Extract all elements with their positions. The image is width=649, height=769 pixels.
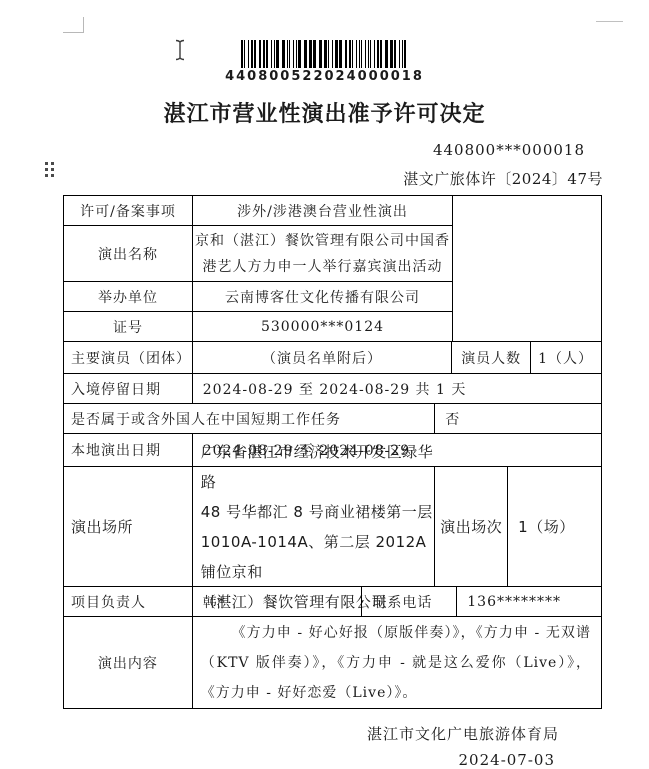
foreigner-question-value: 否	[435, 404, 602, 434]
barcode-number: 440800522024000018	[0, 69, 649, 84]
project-manager-label: 项目负责人	[64, 587, 193, 617]
content-value: 《方力申 - 好心好报（原版伴奏）》，《方力申 - 无双谱（KTV 版伴奏）》，…	[193, 617, 602, 709]
main-performers-value: （演员名单附后）	[193, 342, 453, 374]
foreigner-question-label: 是否属于或含外国人在中国短期工作任务	[64, 404, 435, 434]
sessions-label: 演出场次	[435, 467, 508, 587]
row-performance-name: 演出名称 京和（湛江）餐饮管理有限公司中国香 港艺人方力申一人举行嘉宾演出活动	[64, 226, 453, 282]
row-cert-no: 证号 530000***0124	[64, 312, 453, 342]
row-venue: 演出场所 广东省湛江市经济技术开发区绿华路 48 号华都汇 8 号商业裙楼第一层…	[64, 467, 602, 587]
text-cursor-icon	[174, 39, 186, 61]
issuer: 湛江市文化广电旅游体育局	[63, 721, 603, 747]
issue-date: 2024-07-03	[63, 747, 603, 769]
ref-number: 湛文广旅体许〔2024〕47号	[63, 168, 603, 189]
row-content: 演出内容 《方力申 - 好心好报（原版伴奏）》，《方力申 - 无双谱（KTV 版…	[64, 617, 602, 709]
row-project-manager: 项目负责人 韩* 联系电话 136********	[64, 587, 602, 617]
entry-stay-label: 入境停留日期	[64, 374, 193, 404]
row-main-performers: 主要演员（团体） （演员名单附后） 演员人数 1（人）	[64, 342, 602, 374]
doc-number: 440800***000018	[63, 141, 603, 159]
row-foreigner-question: 是否属于或含外国人在中国短期工作任务 否	[64, 404, 602, 434]
project-manager-value: 韩*	[193, 587, 363, 617]
photo-area-empty-cell	[453, 196, 602, 342]
entry-stay-value: 2024-08-29 至 2024-08-29 共 1 天	[193, 374, 602, 404]
page-margin-corner-mark-top-right	[596, 6, 623, 22]
performance-name-label: 演出名称	[64, 226, 193, 282]
barcode-bars	[241, 40, 409, 68]
footer: 湛江市文化广电旅游体育局 2024-07-03	[63, 721, 603, 769]
venue-value: 广东省湛江市经济技术开发区绿华路 48 号华都汇 8 号商业裙楼第一层 1010…	[193, 467, 436, 587]
drag-handle-icon[interactable]	[45, 162, 54, 177]
performer-count-value: 1（人）	[531, 342, 602, 374]
organizer-label: 举办单位	[64, 282, 193, 312]
sessions-value: 1（场）	[508, 467, 602, 587]
phone-label: 联系电话	[362, 587, 457, 617]
local-dates-label: 本地演出日期	[64, 434, 193, 467]
row-entry-stay-dates: 入境停留日期 2024-08-29 至 2024-08-29 共 1 天	[64, 374, 602, 404]
license-item-label: 许可/备案事项	[64, 196, 193, 226]
performance-name-value: 京和（湛江）餐饮管理有限公司中国香 港艺人方力申一人举行嘉宾演出活动	[193, 226, 453, 282]
row-license-item: 许可/备案事项 涉外/涉港澳台营业性演出	[64, 196, 453, 226]
phone-value: 136********	[457, 587, 602, 617]
row-organizer: 举办单位 云南博客仕文化传播有限公司	[64, 282, 453, 312]
permit-table: 许可/备案事项 涉外/涉港澳台营业性演出 演出名称 京和（湛江）餐饮管理有限公司…	[63, 195, 602, 709]
cert-no-label: 证号	[64, 312, 193, 342]
content-label: 演出内容	[64, 617, 193, 709]
table-band-top: 许可/备案事项 涉外/涉港澳台营业性演出 演出名称 京和（湛江）餐饮管理有限公司…	[64, 196, 602, 342]
barcode: 440800522024000018	[0, 0, 649, 84]
performer-count-label: 演员人数	[452, 342, 531, 374]
venue-label: 演出场所	[64, 467, 193, 587]
license-item-value: 涉外/涉港澳台营业性演出	[193, 196, 453, 226]
page-title: 湛江市营业性演出准予许可决定	[0, 97, 649, 128]
document-page: 440800522024000018 湛江市营业性演出准予许可决定 440800…	[0, 0, 649, 769]
organizer-value: 云南博客仕文化传播有限公司	[193, 282, 453, 312]
main-performers-label: 主要演员（团体）	[64, 342, 193, 374]
page-margin-corner-mark-top-left	[63, 17, 84, 33]
cert-no-value: 530000***0124	[193, 312, 453, 342]
